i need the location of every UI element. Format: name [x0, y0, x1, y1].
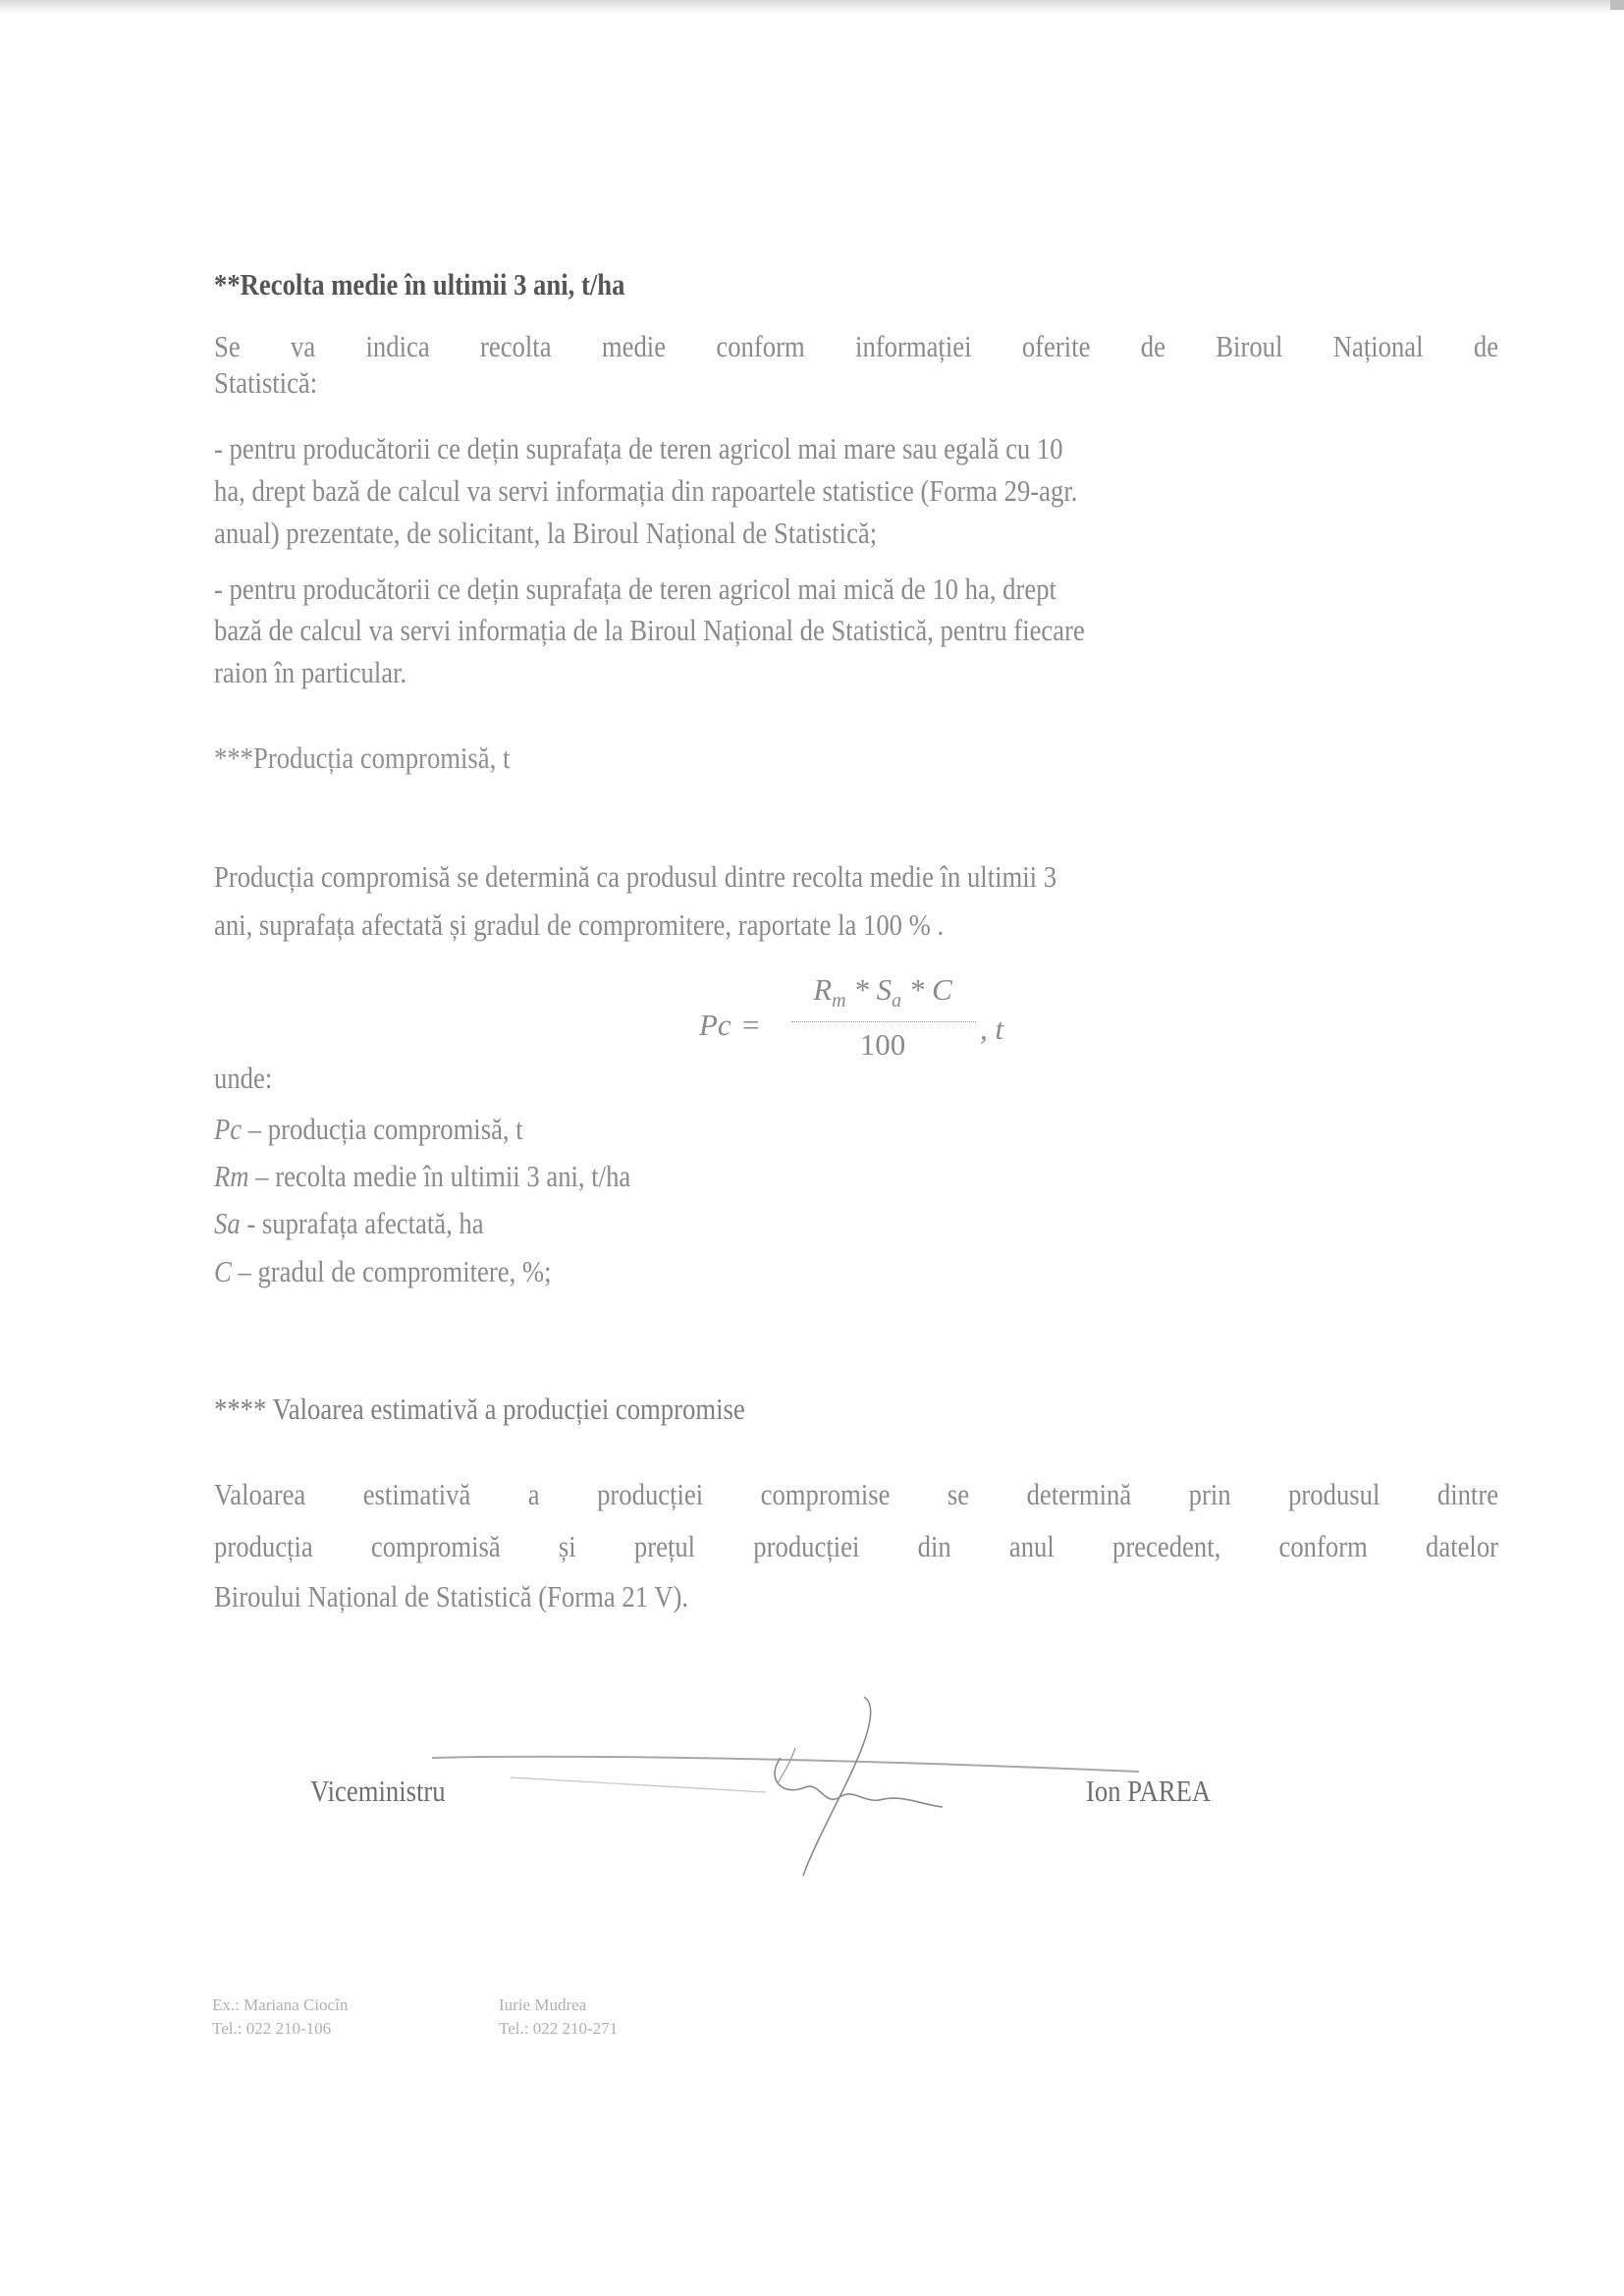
formula-unit: , t: [980, 1011, 1003, 1047]
definition-item: C – gradul de compromitere, %;: [214, 1254, 606, 1289]
definition-text: - suprafața afectată, ha: [241, 1206, 484, 1240]
where-label: unde:: [214, 1061, 282, 1096]
definition-item: Sa - suprafața afectată, ha: [214, 1206, 527, 1241]
symbol-s: S: [877, 972, 893, 1007]
section-heading-recolta: **Recolta medie în ultimii 3 ani, t/ha: [214, 267, 692, 302]
signatory-name-text: Ion PAREA: [1086, 1774, 1211, 1809]
operator: *: [846, 972, 877, 1007]
paragraph-line: Biroului Național de Statistică (Forma 2…: [214, 1579, 766, 1614]
bullet-text: anual) prezentate, de solicitant, la Bir…: [214, 516, 877, 551]
heading-text: **Recolta medie în ultimii 3 ani, t/ha: [214, 267, 624, 302]
definition-symbol: Rm: [214, 1159, 249, 1193]
paragraph-line: Se va indica recolta medie conform infor…: [214, 329, 1498, 364]
second-contact-name: Iurie Mudrea: [499, 1994, 618, 2017]
paragraph-line: Statistică:: [214, 365, 334, 401]
definition-symbol: C: [214, 1254, 232, 1288]
signatory-title-text: Viceministru: [310, 1774, 446, 1809]
definition-text: – recolta medie în ultimii 3 ani, t/ha: [249, 1159, 631, 1193]
paragraph-line: producția compromisă și prețul producție…: [214, 1529, 1498, 1564]
document-page: **Recolta medie în ultimii 3 ani, t/ha S…: [0, 0, 1624, 2296]
signatory-title: Viceministru: [310, 1774, 467, 1809]
executor-name: Ex.: Mariana Ciocîn: [212, 1994, 348, 2017]
bullet-line: - pentru producătorii ce dețin suprafața…: [214, 572, 1194, 607]
definition-symbol: Sa: [214, 1206, 241, 1240]
handwritten-signature: [393, 1689, 1198, 1886]
symbol-s-sub: a: [892, 990, 901, 1011]
bullet-line: raion în particular.: [214, 655, 438, 690]
bullet-text: - pentru producătorii ce dețin suprafața…: [214, 431, 1063, 466]
signatory-name: Ion PAREA: [1086, 1774, 1231, 1809]
bullet-text: - pentru producătorii ce dețin suprafața…: [214, 572, 1056, 607]
definition-item: Pc – producția compromisă, t: [214, 1112, 573, 1147]
definition-item: Rm – recolta medie în ultimii 3 ani, t/h…: [214, 1159, 698, 1194]
heading-text: ***Producția compromisă, t: [214, 740, 510, 776]
definition-text: – gradul de compromitere, %;: [232, 1254, 552, 1288]
symbol-r: R: [813, 972, 832, 1007]
paragraph-line: ani, suprafața afectată și gradul de com…: [214, 907, 1062, 943]
bullet-line: - pentru producătorii ce dețin suprafața…: [214, 431, 1201, 466]
executor-phone: Tel.: 022 210-106: [212, 2017, 348, 2041]
operator: *: [901, 972, 932, 1007]
symbol-c: C: [932, 972, 952, 1007]
paragraph-text: Statistică:: [214, 365, 317, 401]
paragraph-line: Valoarea estimativă a producției comprom…: [214, 1477, 1498, 1512]
where-text: unde:: [214, 1061, 272, 1096]
bullet-text: bază de calcul va servi informația de la…: [214, 613, 1085, 648]
formula-equals: =: [742, 1008, 759, 1043]
formula-numerator: Rm * Sa * C: [789, 972, 976, 1012]
bullet-text: raion în particular.: [214, 655, 406, 690]
paragraph-text: producția compromisă și prețul producție…: [214, 1529, 1498, 1564]
paragraph-text: Se va indica recolta medie conform infor…: [214, 329, 1498, 364]
bullet-line: ha, drept bază de calcul va servi inform…: [214, 473, 1218, 509]
formula-denominator: 100: [789, 1027, 976, 1063]
formula-pc: Pc = Rm * Sa * C 100 , t: [699, 972, 1013, 1070]
paragraph-text: Biroului Național de Statistică (Forma 2…: [214, 1579, 688, 1614]
second-contact-phone: Tel.: 022 210-271: [499, 2017, 618, 2041]
section-heading-valoarea: **** Valoarea estimativă a producției co…: [214, 1392, 832, 1427]
heading-text: **** Valoarea estimativă a producției co…: [214, 1392, 745, 1427]
definition-text: – producția compromisă, t: [242, 1112, 523, 1146]
symbol-r-sub: m: [832, 990, 845, 1011]
section-heading-productia: ***Producția compromisă, t: [214, 740, 558, 776]
definition-symbol: Pc: [214, 1112, 242, 1146]
paragraph-text: Valoarea estimativă a producției comprom…: [214, 1477, 1498, 1512]
bullet-line: anual) prezentate, de solicitant, la Bir…: [214, 516, 985, 551]
footer-second-contact: Iurie Mudrea Tel.: 022 210-271: [499, 1994, 618, 2041]
paragraph-text: ani, suprafața afectată și gradul de com…: [214, 907, 944, 943]
fraction-bar: [791, 1021, 976, 1022]
paragraph-line: Producția compromisă se determină ca pro…: [214, 859, 1194, 895]
bullet-text: ha, drept bază de calcul va servi inform…: [214, 473, 1077, 509]
bullet-line: bază de calcul va servi informația de la…: [214, 613, 1226, 648]
formula-lhs: Pc: [699, 1008, 731, 1043]
paragraph-text: Producția compromisă se determină ca pro…: [214, 859, 1056, 895]
footer-executor: Ex.: Mariana Ciocîn Tel.: 022 210-106: [212, 1994, 348, 2041]
